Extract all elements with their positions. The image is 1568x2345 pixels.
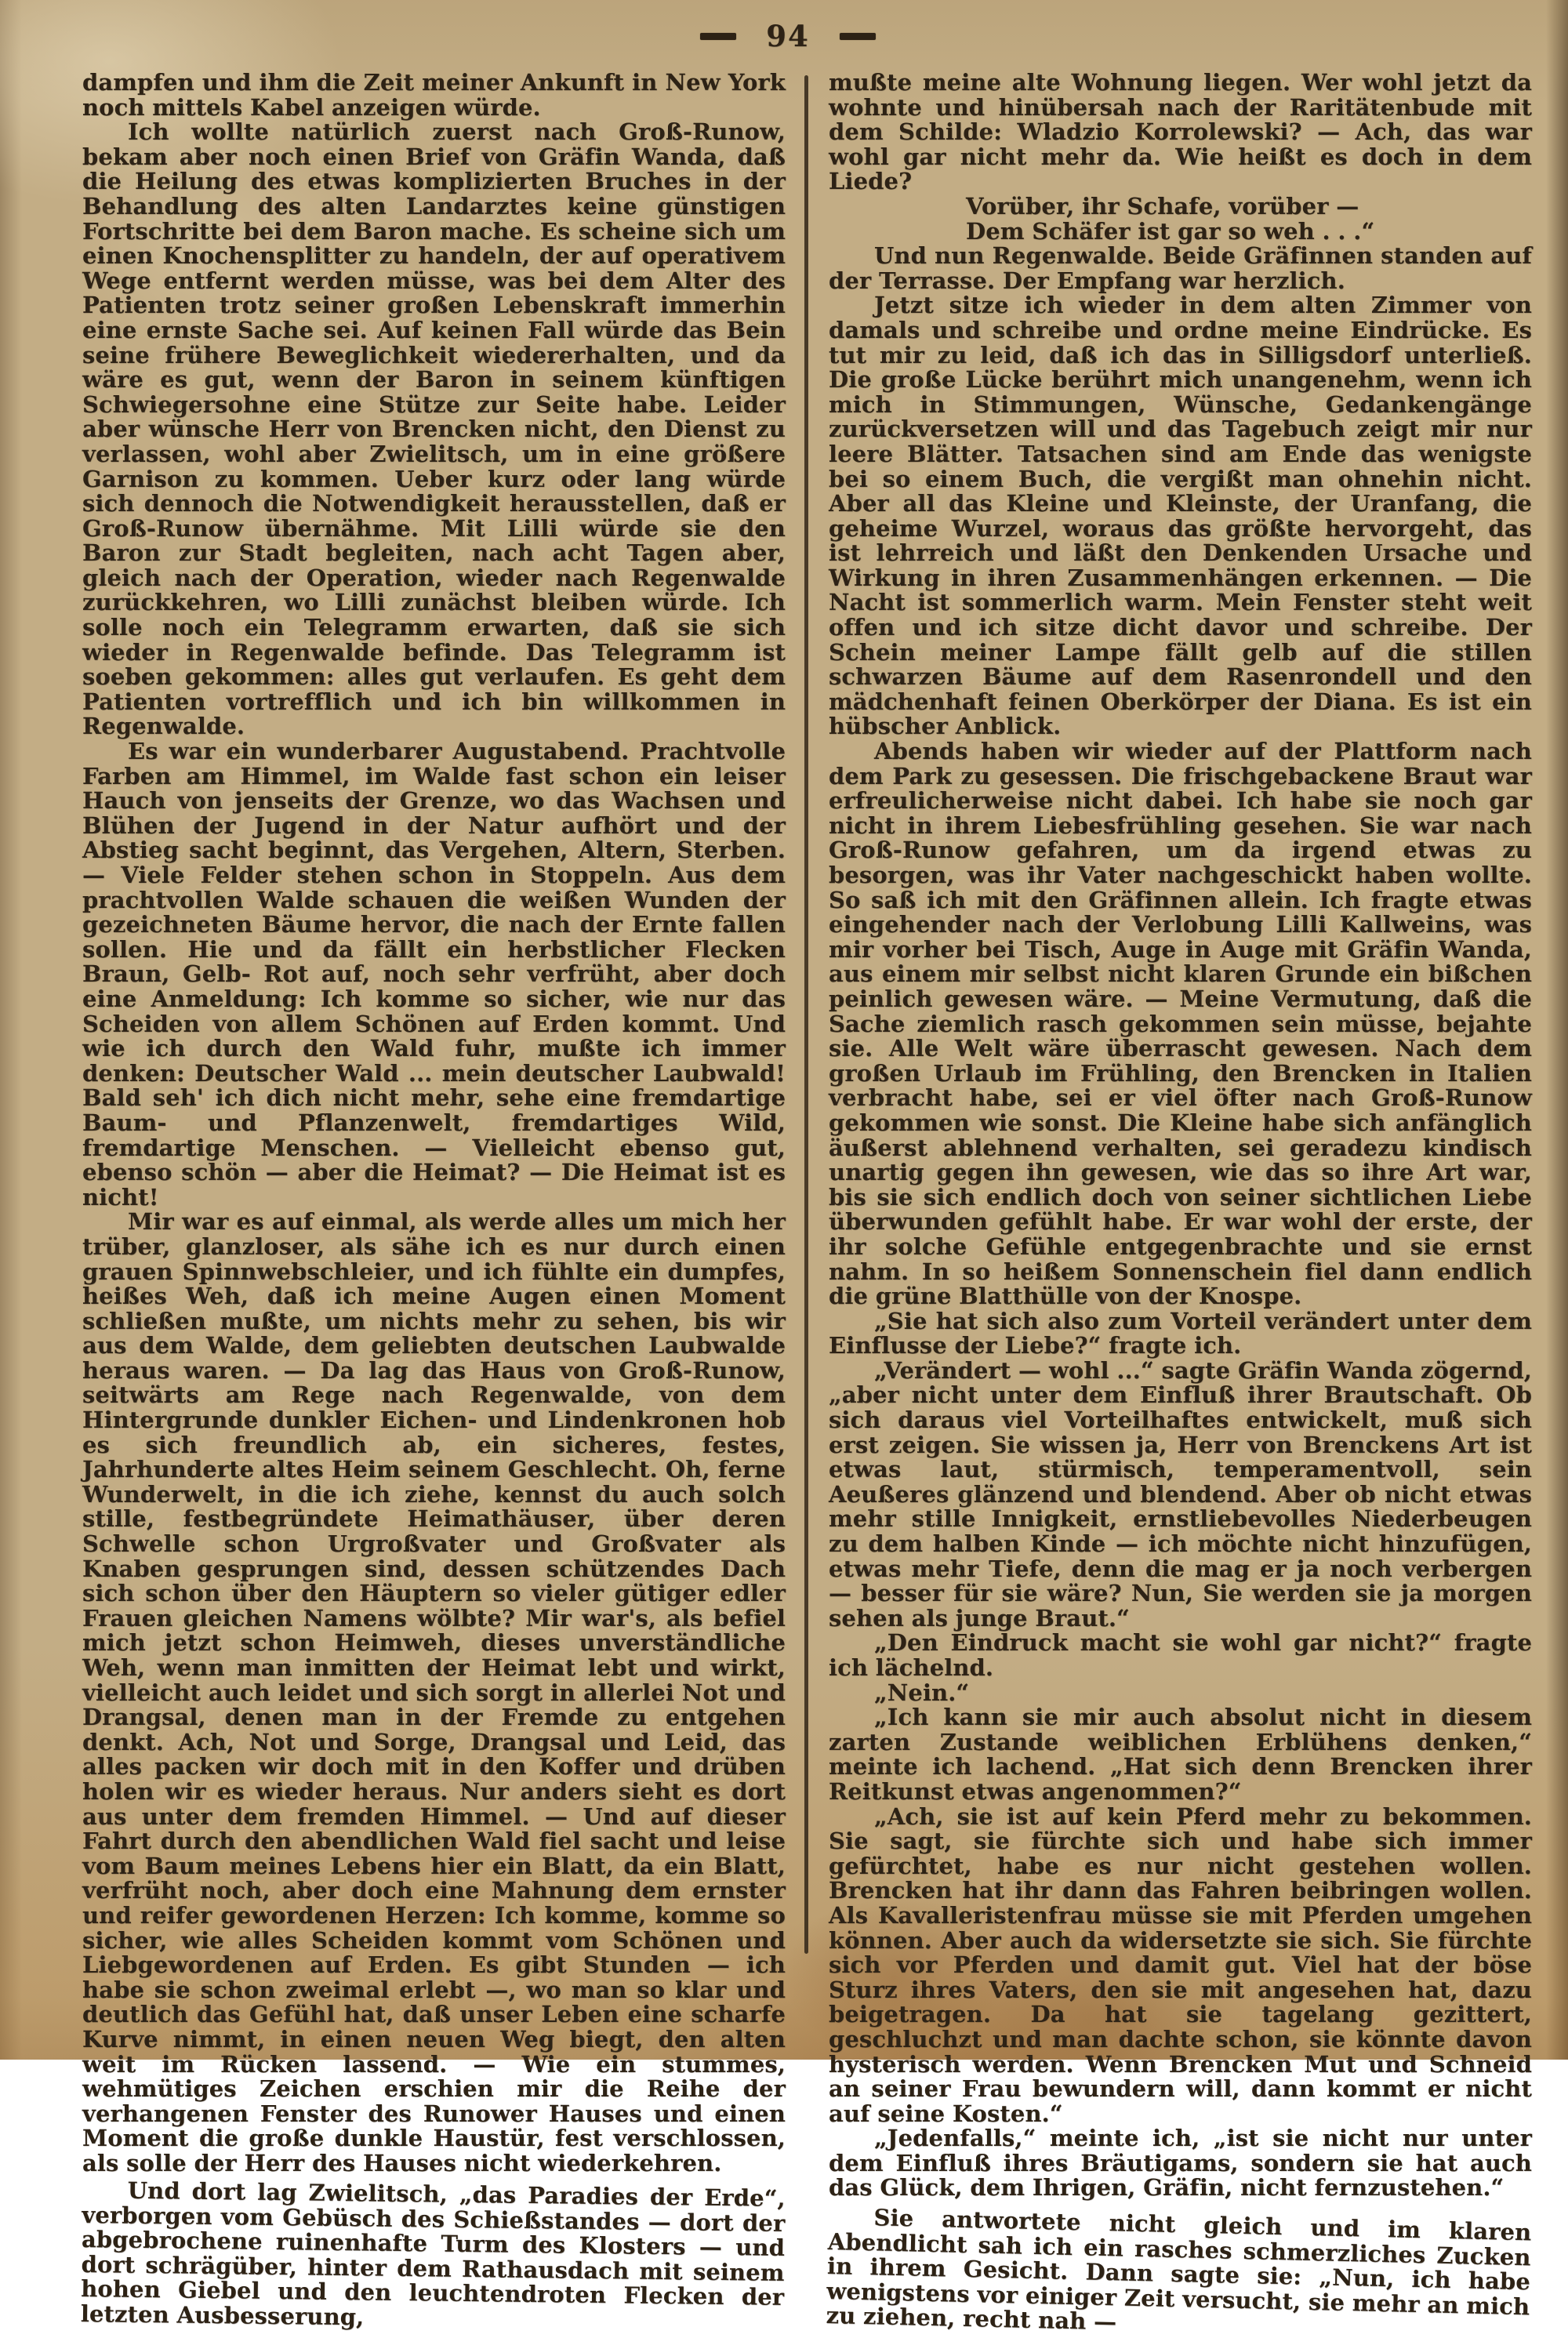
verse-line: Dem Schäfer ist gar so weh . . .“ xyxy=(829,220,1532,245)
paragraph: dampfen und ihm die Zeit meiner Ankunft … xyxy=(82,71,786,120)
left-column: dampfen und ihm die Zeit meiner Ankunft … xyxy=(82,71,786,2060)
paragraph: mußte meine alte Wohnung liegen. Wer woh… xyxy=(829,71,1532,194)
page-header: 94 xyxy=(670,19,906,53)
paragraph: Ich wollte natürlich zuerst nach Groß-Ru… xyxy=(82,120,786,739)
paragraph: Abends haben wir wieder auf der Plattfor… xyxy=(829,739,1532,1309)
column-divider xyxy=(804,75,808,1954)
paragraph: Mir war es auf einmal, als werde alles u… xyxy=(82,1210,786,2060)
paragraph: „Verändert — wohl ...“ sagte Gräfin Wand… xyxy=(829,1359,1532,1632)
paragraph: Es war ein wunderbarer Augustabend. Prac… xyxy=(82,739,786,1210)
page-number: 94 xyxy=(766,19,810,53)
book-page: 94 dampfen und ihm die Zeit meiner Ankun… xyxy=(0,0,1568,2060)
paragraph: Und nun Regenwalde. Beide Gräfinnen stan… xyxy=(829,244,1532,293)
header-rule-right xyxy=(840,33,876,40)
paragraph: „Ach, sie ist auf kein Pferd mehr zu bek… xyxy=(829,1805,1532,2060)
paragraph: „Sie hat sich also zum Vorteil verändert… xyxy=(829,1309,1532,1359)
paragraph: Jetzt sitze ich wieder in dem alten Zimm… xyxy=(829,293,1532,739)
right-column: mußte meine alte Wohnung liegen. Wer woh… xyxy=(829,71,1532,2060)
paragraph: „Den Eindruck macht sie wohl gar nicht?“… xyxy=(829,1631,1532,1680)
paragraph: „Ich kann sie mir auch absolut nicht in … xyxy=(829,1705,1532,1804)
verse-line: Vorüber, ihr Schafe, vorüber — xyxy=(829,194,1532,220)
header-rule-left xyxy=(700,33,736,40)
paragraph: „Nein.“ xyxy=(829,1681,1532,1706)
